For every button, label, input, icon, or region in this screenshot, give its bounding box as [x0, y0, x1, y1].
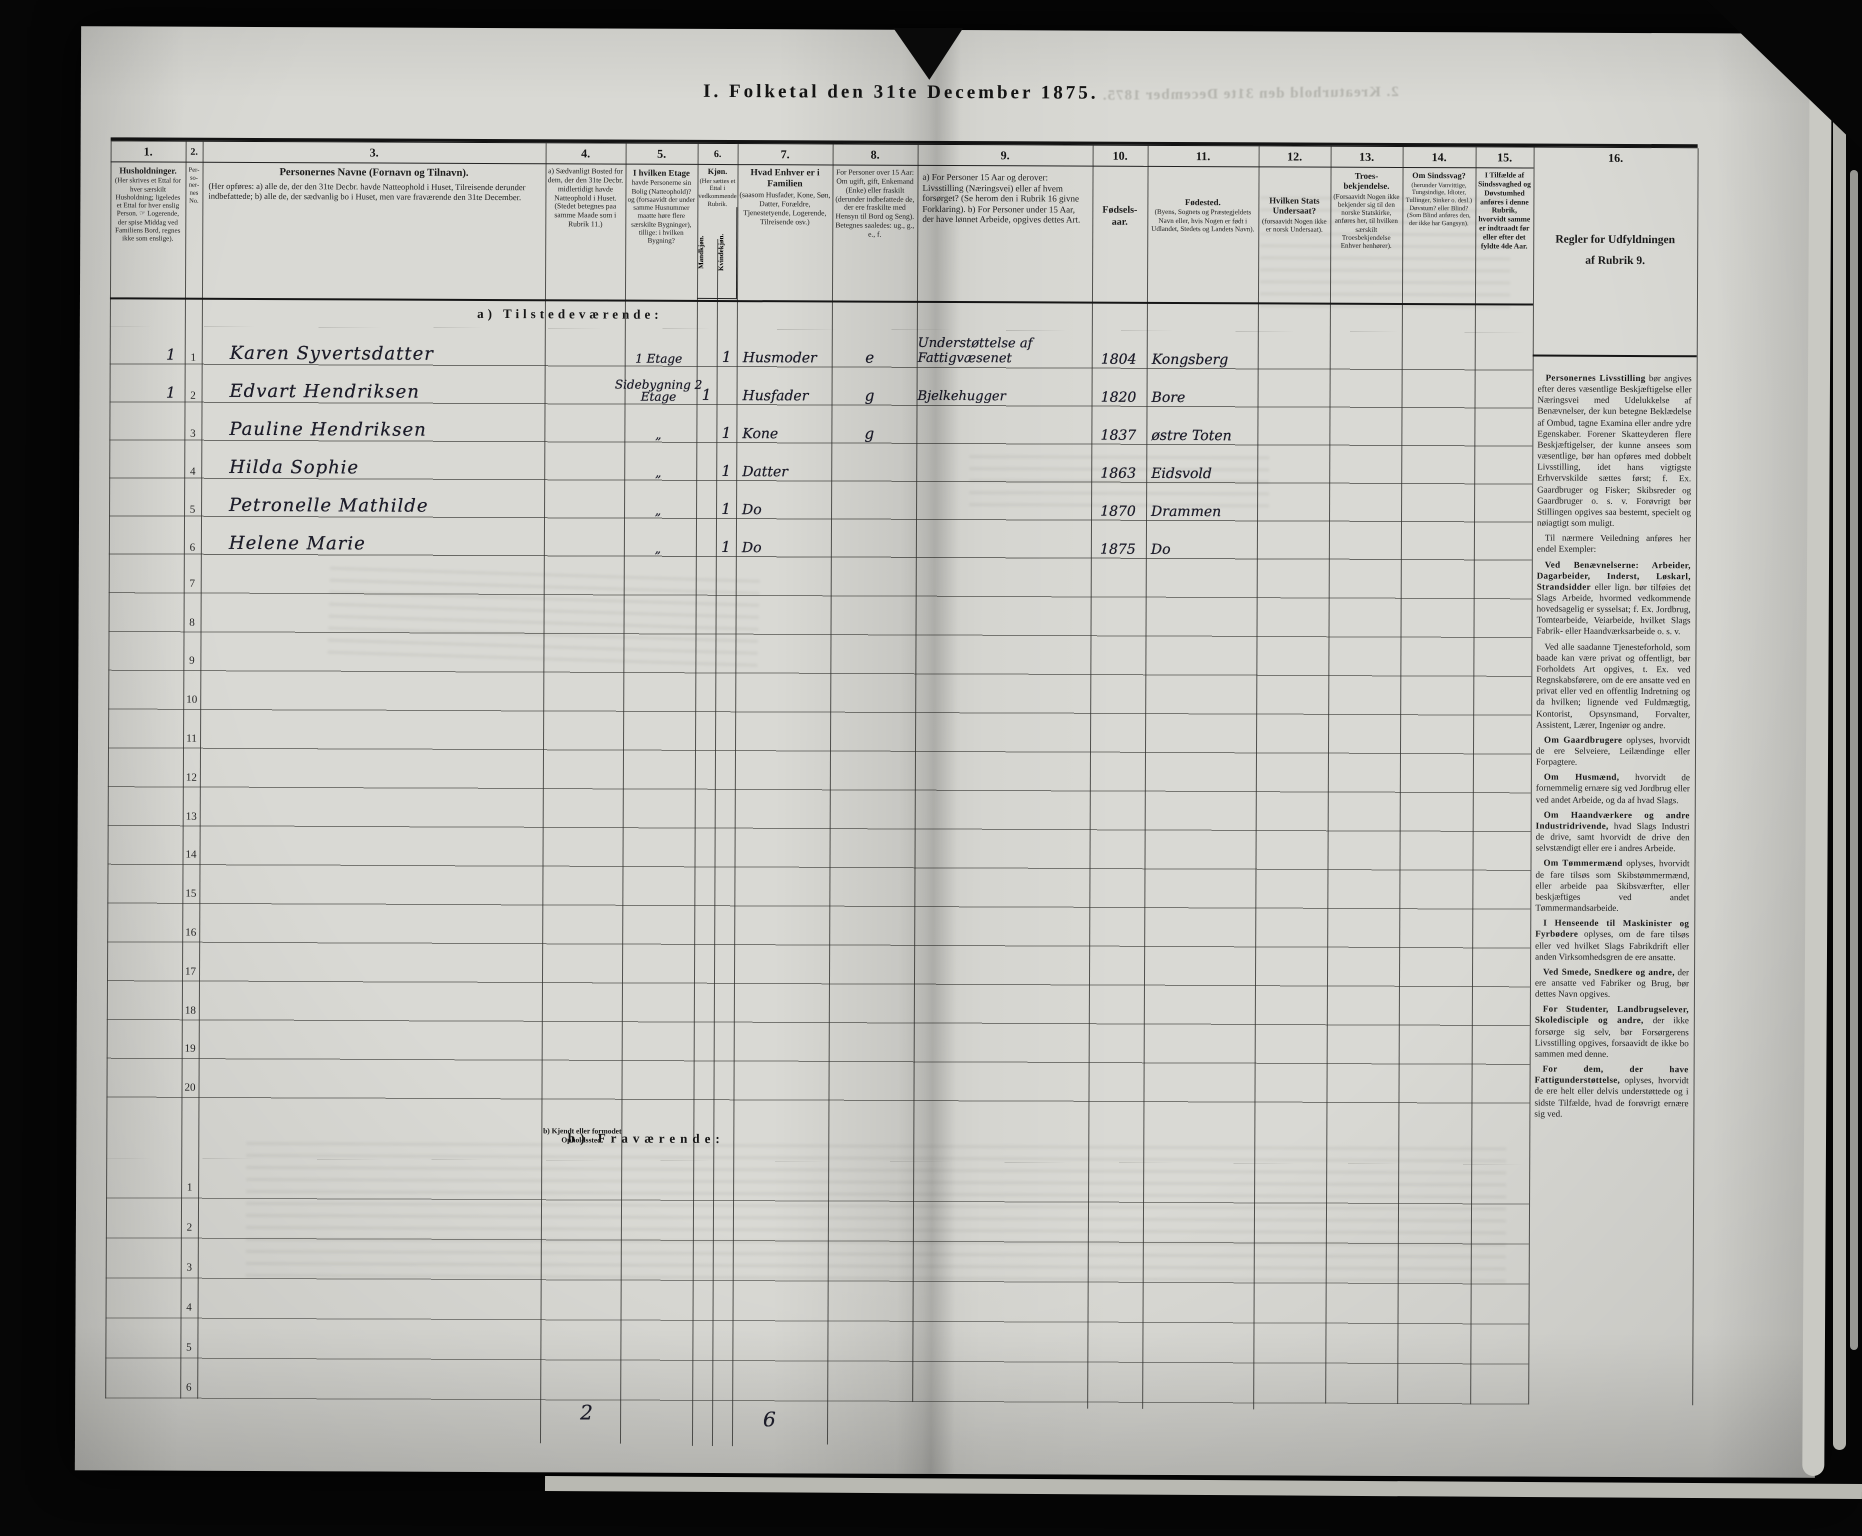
- birth-year: 1875: [1091, 542, 1145, 558]
- birthplace: Kongsberg: [1152, 352, 1229, 368]
- row-number: 12: [183, 749, 200, 788]
- family-role: Do: [742, 540, 762, 556]
- empty-row-numbers-b: 1 2 3 4 5 6: [180, 1159, 198, 1399]
- column-desc: (Her opføres: a) alle de, der den 31te D…: [208, 180, 539, 201]
- column-header-4: 4. a) Sædvanligt Bosted for dem, der den…: [545, 143, 626, 300]
- column-header-7: 7. Hvad Enhver er i Familien(saasom Husf…: [737, 144, 833, 301]
- tally-mark: 6: [763, 1407, 776, 1431]
- rule-lead: Om Gaardbrugere: [1544, 734, 1622, 744]
- page-fold-notch: [893, 28, 963, 80]
- floor-entry: „: [613, 429, 703, 442]
- person-name: Helene Marie: [229, 533, 366, 555]
- occupation: Bjelkehugger: [918, 390, 1098, 406]
- person-number: 2: [185, 390, 202, 402]
- family-role: Husfader: [743, 388, 809, 404]
- section-b-heading: b) Fraværende:: [446, 1130, 846, 1148]
- empty-row-numbers-a: 7 8 9 10 11 12 13 14 15 16 17 18 19 20: [181, 555, 200, 1098]
- column-header-16: 16. Regler for Udfyldningenaf Rubrik 9.: [1533, 148, 1698, 357]
- row-number: 17: [182, 943, 199, 982]
- row-number: 9: [183, 632, 200, 671]
- rule-lead: Om Tømmermænd: [1543, 858, 1622, 868]
- row-number: 4: [181, 1279, 198, 1319]
- table-row: 6 Helene Marie „ 1 Do 1875 Do: [79, 516, 1696, 561]
- column-title: Regler for Udfyldningen: [1535, 231, 1695, 251]
- column-number: 6.: [698, 144, 738, 165]
- household-number: 1: [110, 383, 176, 401]
- occupation: [917, 557, 1097, 558]
- column-header-2: 2. Per- so- ner- nes No.: [185, 142, 203, 299]
- subcolumn-kvindekjon: Kvindekjøn.: [717, 207, 737, 299]
- male-mark: 1: [697, 386, 717, 404]
- row-number: 7: [184, 555, 201, 594]
- column-title: Hvilken Stats Undersaat?: [1260, 195, 1328, 216]
- birthplace: Eidsvold: [1151, 466, 1212, 482]
- birthplace: Drammen: [1151, 504, 1221, 520]
- column-title: Husholdninger.: [113, 165, 184, 176]
- female-mark: 1: [716, 538, 736, 556]
- column-number: 15.: [1476, 147, 1534, 168]
- row-number: 5: [180, 1319, 197, 1359]
- column-number: 10.: [1093, 146, 1148, 167]
- column-header-15: 15. I Tilfælde af Sindssvaghed og Døvstu…: [1475, 147, 1534, 304]
- tally-mark: 2: [580, 1400, 593, 1424]
- row-number: 19: [182, 1020, 199, 1059]
- column-desc: (Forsaavidt Nogen ikke bekjender sig til…: [1333, 192, 1399, 250]
- birthplace: østre Toten: [1151, 428, 1231, 444]
- column-number: 3.: [203, 142, 546, 164]
- column-number: 1.: [111, 141, 186, 162]
- person-number: 5: [184, 504, 201, 516]
- section-a-heading: a) Tilstedeværende:: [320, 305, 820, 323]
- person-number: 3: [184, 428, 201, 440]
- female-mark: 1: [716, 424, 736, 442]
- birth-year: 1863: [1091, 466, 1145, 482]
- column-number: 16.: [1534, 148, 1698, 170]
- person-number: 6: [184, 542, 201, 554]
- floor-entry: „: [613, 505, 703, 518]
- household-number: 1: [110, 345, 176, 363]
- family-role: Kone: [742, 426, 778, 442]
- row-number: 10: [183, 671, 200, 710]
- row-number: 14: [182, 826, 199, 865]
- birth-year: 1820: [1092, 390, 1146, 406]
- person-name: Karen Syvertsdatter: [230, 343, 434, 365]
- column-number: 7.: [738, 144, 833, 165]
- column-header-11: 11. Fødested.(Byens, Sognets og Præstegj…: [1147, 146, 1259, 303]
- birth-year: 1837: [1091, 428, 1145, 444]
- column-desc: (Byens, Sognets og Præstegjeldets Navn e…: [1151, 208, 1254, 233]
- column-desc: a) For Personer 15 Aar og derover: Livss…: [917, 166, 1092, 232]
- row-number: 8: [184, 593, 201, 632]
- column-number: 13.: [1331, 147, 1403, 168]
- row-number: 6: [180, 1359, 197, 1399]
- paper: 2. Kreaturhold den 31te December 1875. I…: [75, 26, 1821, 1478]
- row-lines: [106, 554, 1531, 1105]
- column-header-3: 3. Personernes Navne (Fornavn og Tilnavn…: [202, 142, 546, 300]
- person-name: Petronelle Mathilde: [229, 495, 429, 517]
- birth-year: 1870: [1091, 504, 1145, 520]
- column-header-8: 8. For Personer over 15 Aar: Om ugift, g…: [832, 144, 918, 301]
- subcolumn-mandkjon: Mandkjøn.: [697, 207, 717, 299]
- female-mark: 1: [716, 462, 736, 480]
- column-header-12: 12. Hvilken Stats Undersaat?(forsaavidt …: [1258, 146, 1331, 303]
- column-title: Hvad Enhver er i Familien: [739, 168, 830, 191]
- column-header-13: 13. Troes- bekjendelse.(Forsaavidt Nogen…: [1330, 147, 1403, 304]
- column-title: I hvilken Etage: [628, 168, 696, 179]
- birthplace: Do: [1151, 542, 1171, 558]
- rule-text: Ved alle saadanne Tjenesteforhold, som b…: [1536, 641, 1690, 730]
- floor-entry: Sidebygning 2 Etage: [614, 378, 704, 404]
- female-mark: 1: [717, 348, 737, 366]
- column-desc: havde Personerne sin Bolig (Natteophold)…: [628, 179, 695, 245]
- row-number: 11: [183, 710, 200, 749]
- person-number: 1: [185, 352, 202, 364]
- column-header-10: 10. Fødsels- aar.: [1092, 146, 1148, 303]
- rule-lead: Ved Smede, Snedkere og andre,: [1543, 966, 1675, 977]
- floor-entry: 1 Etage: [614, 353, 704, 366]
- book-page-edge: [1850, 170, 1858, 1350]
- column-header-5: 5. I hvilken Etagehavde Personerne sin B…: [625, 144, 698, 301]
- row-number: 1: [181, 1159, 198, 1199]
- row-number: 13: [183, 787, 200, 826]
- marital-status: g: [848, 387, 892, 405]
- marital-status: e: [848, 349, 892, 367]
- column-number: 9.: [918, 145, 1093, 167]
- book-page-edge: [545, 1476, 1862, 1499]
- book-page-edge: [1833, 90, 1846, 1450]
- row-number: 3: [181, 1239, 198, 1279]
- column-number: 14.: [1403, 147, 1476, 168]
- column-header-1: 1. Husholdninger.(Her skrives et Ettal f…: [110, 141, 186, 298]
- column-desc: (Her sættes et Ettal i vedkommende Rubri…: [698, 177, 736, 207]
- person-number: 4: [184, 466, 201, 478]
- person-name: Edvart Hendriksen: [230, 381, 420, 403]
- column-header-14: 14. Om Sindssvag?(herunder Vanvittige, T…: [1402, 147, 1476, 304]
- row-number: 2: [181, 1199, 198, 1239]
- column-title: Fødested.: [1149, 197, 1256, 208]
- rule-lead: Om Husmænd,: [1544, 772, 1619, 782]
- column-number: 11.: [1148, 146, 1259, 167]
- marital-status: g: [847, 425, 891, 443]
- column-title: Troes- bekjendelse.: [1332, 171, 1400, 192]
- female-mark: 1: [716, 500, 736, 518]
- column-title: Om Sindssvag?: [1404, 171, 1473, 181]
- column-number: 5.: [626, 144, 698, 165]
- page-title: I. Folketal den 31te December 1875.: [621, 81, 1181, 105]
- rule-text: Til nærmere Veiledning anføres her endel…: [1537, 533, 1691, 554]
- rule-text: bør angives efter deres væsentlige Beskj…: [1537, 373, 1692, 528]
- person-name: Hilda Sophie: [229, 457, 359, 479]
- column-desc: (herunder Vanvittige, Tungsindige, Idiot…: [1406, 182, 1472, 228]
- column-title: Personernes Navne (Fornavn og Tilnavn).: [208, 167, 539, 181]
- row-lines: [105, 1158, 1529, 1405]
- column-desc: Per- so- ner- nes No.: [185, 163, 202, 209]
- column-desc: (saasom Husfader, Kone, Søn, Datter, For…: [739, 190, 830, 226]
- column-desc: (Her skrives et Ettal for hver særskilt …: [115, 177, 181, 243]
- row-number: 20: [181, 1059, 198, 1098]
- row-number: 16: [182, 904, 199, 943]
- column-desc: I Tilfælde af Sindssvaghed og Døvstumhed…: [1475, 168, 1533, 254]
- family-role: Do: [742, 502, 762, 518]
- floor-entry: „: [613, 543, 703, 556]
- row-number: 15: [182, 865, 199, 904]
- section-b-note: b) Kjendt eller formodet Opholdssted.: [540, 1126, 624, 1144]
- column-number: 2.: [186, 142, 203, 163]
- rules-for-rubrik-9: Personernes Livsstilling bør angives eft…: [1533, 373, 1692, 1432]
- floor-entry: „: [613, 467, 703, 480]
- column-title: Kjøn.: [699, 167, 737, 177]
- birth-year: 1804: [1092, 352, 1146, 368]
- person-name: Pauline Hendriksen: [229, 419, 426, 441]
- occupation: Understøttelse af Fattigvæsenet: [918, 337, 1098, 368]
- column-desc: a) Sædvanligt Bosted for dem, der den 31…: [545, 164, 625, 232]
- column-number: 12.: [1259, 146, 1331, 167]
- column-header-9: 9. a) For Personer 15 Aar og derover: Li…: [917, 145, 1093, 303]
- column-number: 4.: [546, 143, 626, 164]
- column-header-6: 6. Kjøn.(Her sættes et Ettal i vedkommen…: [697, 144, 738, 301]
- column-desc: (forsaavidt Nogen ikke er norsk Undersaa…: [1262, 217, 1327, 234]
- column-desc: For Personer over 15 Aar: Om ugift, gift…: [832, 165, 917, 242]
- column-number: 8.: [833, 144, 918, 165]
- family-role: Husmoder: [743, 350, 817, 366]
- column-desc: Fødsels- aar.: [1092, 167, 1147, 232]
- family-role: Datter: [742, 464, 788, 480]
- row-number: 18: [182, 981, 199, 1020]
- rule-lead: Personernes Livsstilling: [1546, 373, 1646, 383]
- scanned-census-page: 2. Kreaturhold den 31te December 1875. I…: [0, 0, 1862, 1536]
- column-desc: af Rubrik 9.: [1585, 254, 1645, 266]
- birthplace: Bore: [1152, 390, 1186, 406]
